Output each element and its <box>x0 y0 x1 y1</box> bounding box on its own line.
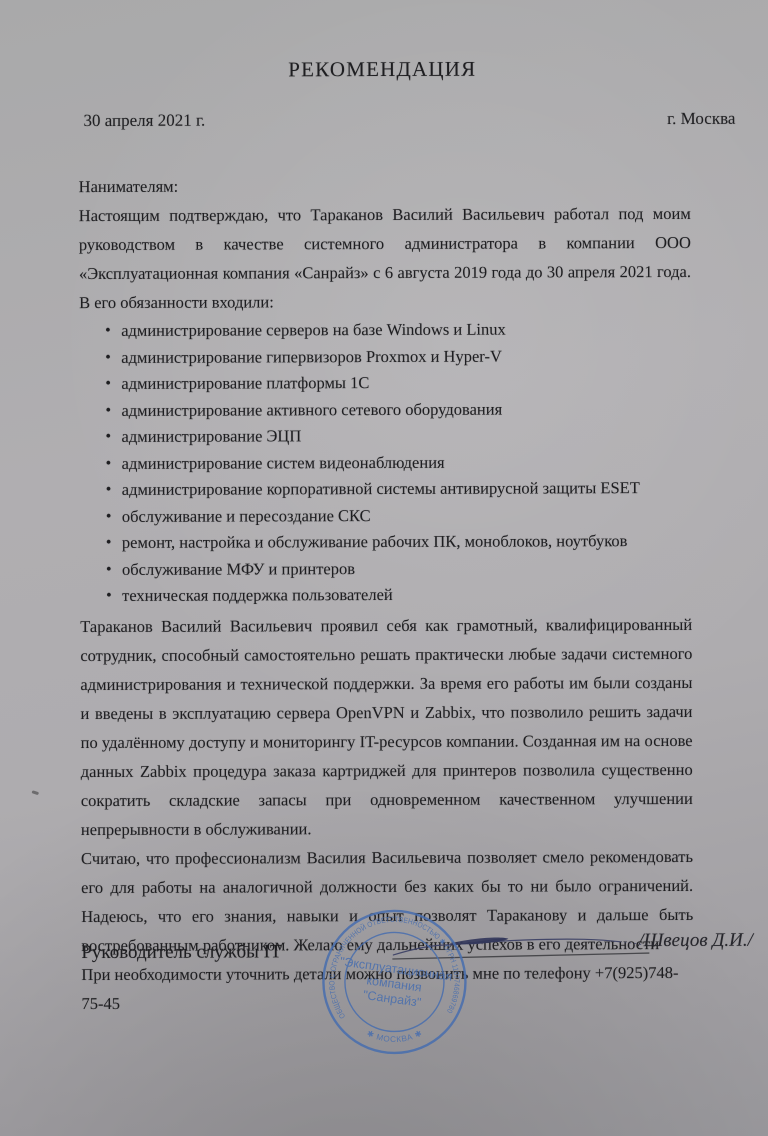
list-item: администрирование платформы 1С <box>79 369 691 398</box>
salutation: Нанимателям: <box>79 170 691 201</box>
letter-body: Нанимателям: Настоящим подтверждаю, что … <box>79 170 694 1018</box>
list-item: администрирование активного сетевого обо… <box>79 395 691 424</box>
signer-position: Руководитель службы IT <box>81 941 281 964</box>
assessment-paragraph: Тараканов Василий Васильевич проявил себ… <box>80 609 693 843</box>
intro-paragraph: Настоящим подтверждаю, что Тараканов Вас… <box>79 199 691 317</box>
list-item: техническая поддержка пользователей <box>80 581 692 610</box>
list-item: обслуживание МФУ и принтеров <box>80 554 692 583</box>
document-title: РЕКОМЕНДАЦИЯ <box>0 56 766 84</box>
paper-speck <box>31 790 39 795</box>
list-item: администрирование корпоративной системы … <box>80 475 692 504</box>
signature-tail <box>619 942 644 946</box>
date-city-row: 30 апреля 2021 г. г. Москва <box>83 109 735 131</box>
document-city: г. Москва <box>667 109 735 129</box>
list-item: ремонт, настройка и обслуживание рабочих… <box>80 528 692 557</box>
list-item: администрирование систем видеонаблюдения <box>80 448 692 477</box>
list-item: администрирование ЭЦП <box>79 422 691 451</box>
list-item: обслуживание и пересоздание СКС <box>80 501 692 530</box>
document-date: 30 апреля 2021 г. <box>83 111 205 131</box>
scanned-letter-page: РЕКОМЕНДАЦИЯ 30 апреля 2021 г. г. Москва… <box>0 0 768 1136</box>
list-item: администрирование серверов на базе Windo… <box>79 316 691 345</box>
company-round-stamp: ОБЩЕСТВО С ОГРАНИЧЕННОЙ ОТВЕТСТВЕННОСТЬЮ… <box>309 897 480 1068</box>
list-item: администрирование гипервизоров Proxmox и… <box>79 342 691 371</box>
duties-list: администрирование серверов на базе Windo… <box>79 316 692 610</box>
